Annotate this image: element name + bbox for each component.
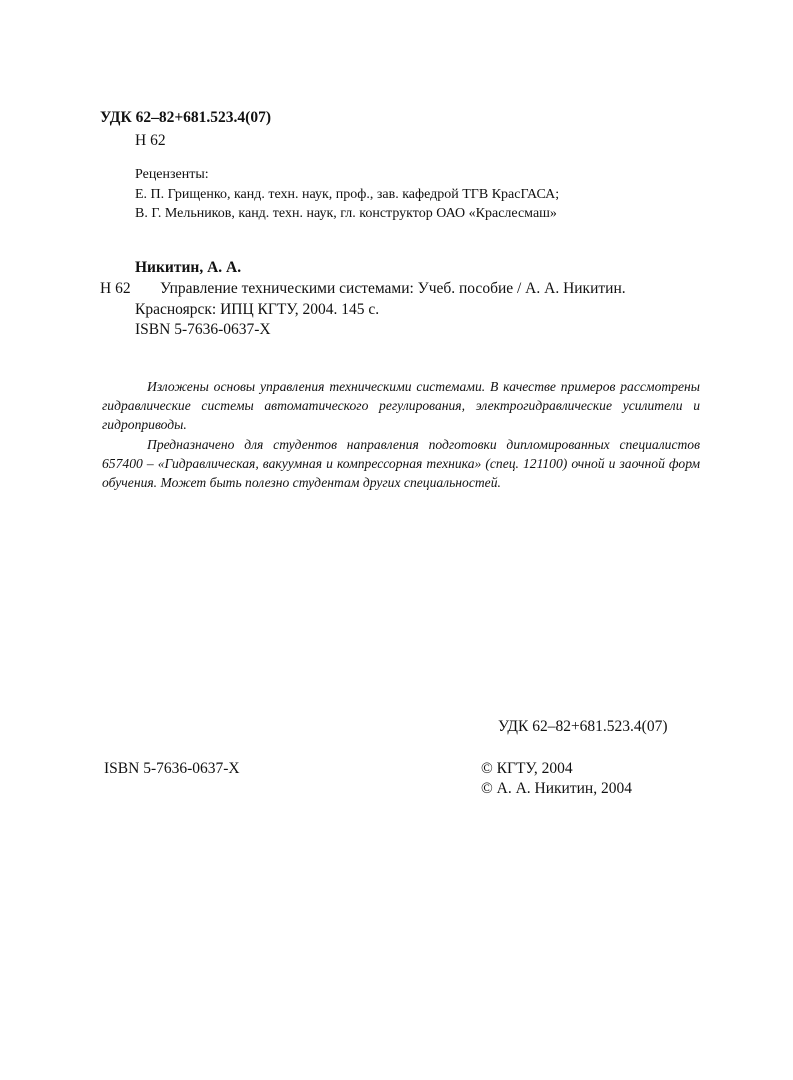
record-title: Управление техническими системами: Учеб.… [160, 281, 626, 297]
annotation-paragraph: Предназначено для студентов направления … [102, 435, 700, 493]
footer-isbn: ISBN 5-7636-0637-X [104, 761, 240, 777]
record-mark: Н 62 [100, 281, 131, 297]
reviewer-item: В. Г. Мельников, канд. техн. наук, гл. к… [135, 207, 557, 221]
author-mark: Н 62 [135, 133, 166, 149]
reviewer-item: Е. П. Грищенко, канд. техн. наук, проф.,… [135, 188, 559, 202]
footer-udk: УДК 62–82+681.523.4(07) [498, 719, 668, 735]
annotation: Изложены основы управления техническими … [102, 377, 700, 492]
udk-code: УДК 62–82+681.523.4(07) [100, 110, 271, 126]
copyright-line: © КГТУ, 2004 [481, 761, 573, 777]
record-publisher: Красноярск: ИПЦ КГТУ, 2004. 145 с. [135, 302, 379, 318]
copyright-line: © А. А. Никитин, 2004 [481, 781, 632, 797]
record-author: Никитин, А. А. [135, 260, 241, 276]
annotation-paragraph: Изложены основы управления техническими … [102, 377, 700, 435]
record-isbn: ISBN 5-7636-0637-X [135, 322, 271, 338]
reviewers-title: Рецензенты: [135, 168, 209, 182]
